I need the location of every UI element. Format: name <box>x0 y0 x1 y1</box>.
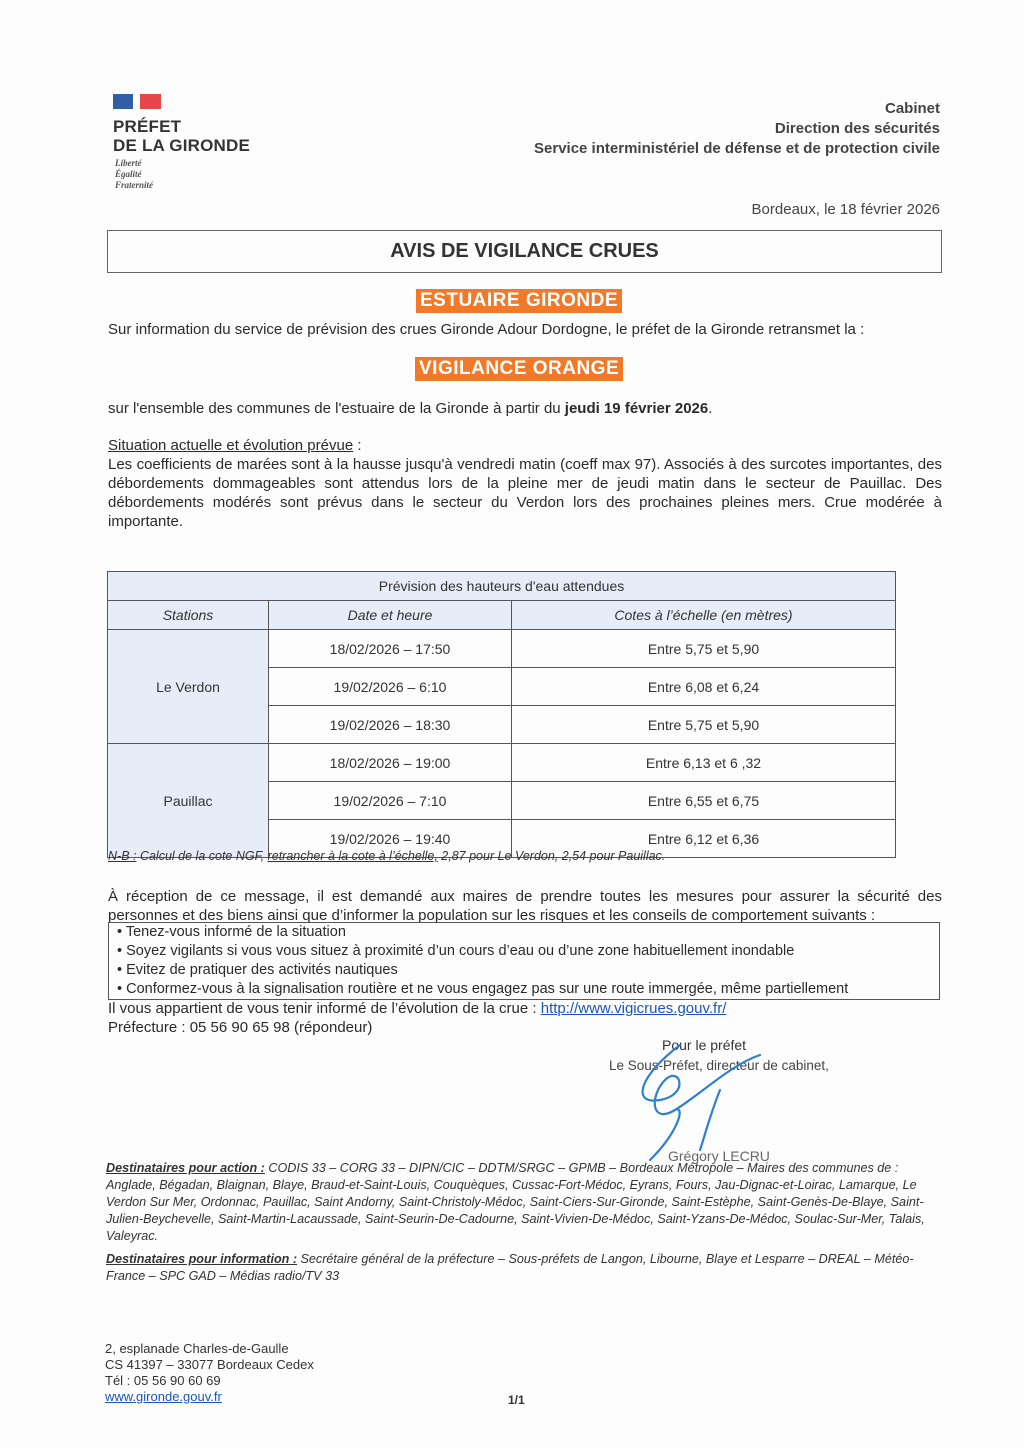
motto-egalite: Égalité <box>115 169 153 180</box>
note-label: N-B : <box>108 849 136 863</box>
issuing-service: Cabinet Direction des sécurités Service … <box>534 99 940 159</box>
page-number: 1/1 <box>508 1393 525 1407</box>
handwritten-signature <box>620 1035 820 1165</box>
note-text-a: Calcul de la cote NGF, <box>136 849 267 863</box>
scope-date: jeudi 19 février 2026 <box>565 400 708 417</box>
advice-item: • Conformez-vous à la signalisation rout… <box>117 980 939 999</box>
header-direction: Direction des sécurités <box>534 119 940 139</box>
footer-address: 2, esplanade Charles-de-Gaulle CS 41397 … <box>105 1341 314 1405</box>
table-note: N-B : Calcul de la cote NGF, retrancher … <box>108 849 665 863</box>
logo-line-1: PRÉFET <box>113 117 250 136</box>
address-line: 2, esplanade Charles-de-Gaulle <box>105 1341 314 1357</box>
situation-heading: Situation actuelle et évolution prévue <box>108 437 353 454</box>
prefecture-logo-title: PRÉFET DE LA GIRONDE <box>113 117 250 155</box>
vigicrues-link[interactable]: http://www.vigicrues.gouv.fr/ <box>541 1000 727 1017</box>
motto-liberte: Liberté <box>115 158 153 169</box>
republic-motto: Liberté Égalité Fraternité <box>115 158 153 191</box>
zone-badge: ESTUAIRE GIRONDE <box>416 289 622 313</box>
reception-instructions: À réception de ce message, il est demand… <box>108 887 942 925</box>
logo-line-2: DE LA GIRONDE <box>113 136 250 155</box>
document-title: AVIS DE VIGILANCE CRUES <box>390 240 659 263</box>
scope-end: . <box>708 400 712 417</box>
advice-item: • Soyez vigilants si vous vous situez à … <box>117 942 939 961</box>
vigilance-level-badge: VIGILANCE ORANGE <box>415 357 623 381</box>
table-row: Pauillac 18/02/2026 – 19:00 Entre 6,13 e… <box>108 744 896 782</box>
motto-fraternite: Fraternité <box>115 180 153 191</box>
safety-advice-box: • Tenez-vous informé de la situation • S… <box>108 922 940 1000</box>
note-text-b: 2,87 pour Le Verdon, 2,54 pour Pauillac. <box>438 849 665 863</box>
follow-text: Il vous appartient de vous tenir informé… <box>108 1000 541 1017</box>
phone-line: Tél : 05 56 90 60 69 <box>105 1373 314 1389</box>
station-pauillac: Pauillac <box>108 744 269 858</box>
document-date: Bordeaux, le 18 février 2026 <box>752 201 940 218</box>
action-recipients-label: Destinataires pour action : <box>106 1161 265 1175</box>
situation-section: Situation actuelle et évolution prévue :… <box>108 436 942 531</box>
action-recipients: Destinataires pour action : CODIS 33 – C… <box>106 1160 944 1245</box>
water-level-forecast-table: Prévision des hauteurs d'eau attendues S… <box>107 571 896 858</box>
level-cell: Entre 6,13 et 6 ,32 <box>512 744 896 782</box>
advice-item: • Tenez-vous informé de la situation <box>117 923 939 942</box>
datetime-cell: 19/02/2026 – 6:10 <box>269 668 512 706</box>
datetime-cell: 19/02/2026 – 18:30 <box>269 706 512 744</box>
table-row: Le Verdon 18/02/2026 – 17:50 Entre 5,75 … <box>108 630 896 668</box>
table-caption: Prévision des hauteurs d'eau attendues <box>108 572 896 601</box>
datetime-cell: 18/02/2026 – 17:50 <box>269 630 512 668</box>
header-service: Service interministériel de défense et d… <box>534 139 940 159</box>
situation-text: Les coefficients de marées sont à la hau… <box>108 455 942 531</box>
republic-flag-logo <box>113 94 161 109</box>
intro-text: Sur information du service de prévision … <box>108 320 942 339</box>
flag-blue-block <box>113 94 133 109</box>
scope-text: sur l'ensemble des communes de l'estuair… <box>108 399 942 418</box>
flag-red-block <box>140 94 161 109</box>
situation-heading-suffix: : <box>353 437 361 454</box>
advice-item: • Evitez de pratiquer des activités naut… <box>117 961 939 980</box>
col-header-datetime: Date et heure <box>269 601 512 630</box>
title-box: AVIS DE VIGILANCE CRUES <box>107 230 942 273</box>
note-underlined: retrancher à la cote à l’échelle, <box>268 849 438 863</box>
info-recipients-label: Destinataires pour information : <box>106 1252 297 1266</box>
info-recipients: Destinataires pour information : Secréta… <box>106 1251 944 1285</box>
station-le-verdon: Le Verdon <box>108 630 269 744</box>
level-cell: Entre 6,55 et 6,75 <box>512 782 896 820</box>
datetime-cell: 19/02/2026 – 7:10 <box>269 782 512 820</box>
level-cell: Entre 6,08 et 6,24 <box>512 668 896 706</box>
header-cabinet: Cabinet <box>534 99 940 119</box>
col-header-levels: Cotes à l’échelle (en mètres) <box>512 601 896 630</box>
datetime-cell: 18/02/2026 – 19:00 <box>269 744 512 782</box>
follow-info: Il vous appartient de vous tenir informé… <box>108 999 942 1037</box>
address-line: CS 41397 – 33077 Bordeaux Cedex <box>105 1357 314 1373</box>
col-header-stations: Stations <box>108 601 269 630</box>
website-link[interactable]: www.gironde.gouv.fr <box>105 1389 222 1404</box>
level-cell: Entre 5,75 et 5,90 <box>512 706 896 744</box>
scope-text-main: sur l'ensemble des communes de l'estuair… <box>108 400 565 417</box>
level-cell: Entre 5,75 et 5,90 <box>512 630 896 668</box>
